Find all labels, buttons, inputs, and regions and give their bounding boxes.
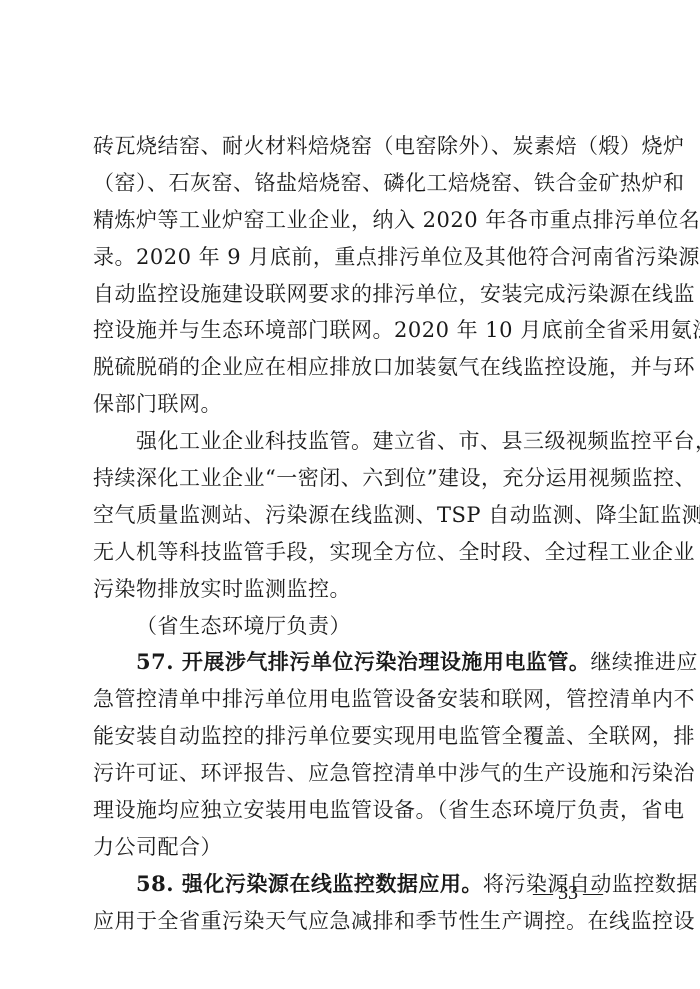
text-line: 力公司配合）	[93, 829, 611, 866]
text-line: 保部门联网。	[93, 386, 611, 423]
section-57-title: 57. 开展涉气排污单位污染治理设施用电监管。	[136, 649, 590, 674]
text-line: 脱硫脱硝的企业应在相应排放口加装氨气在线监控设施，并与环	[93, 349, 611, 386]
section-57-text: 继续推进应	[590, 650, 698, 674]
document-body: 砖瓦烧结窑、耐火材料焙烧窑（电窑除外）、炭素焙（煅）烧炉 （窑）、石灰窑、铬盐焙…	[93, 128, 611, 940]
text-line: 急管控清单中排污单位用电监管设备安装和联网，管控清单内不	[93, 681, 611, 718]
document-page: 砖瓦烧结窑、耐火材料焙烧窑（电窑除外）、炭素焙（煅）烧炉 （窑）、石灰窑、铬盐焙…	[0, 0, 700, 989]
text-line: 污许可证、环评报告、应急管控清单中涉气的生产设施和污染治	[93, 755, 611, 792]
text-line: 录。2020 年 9 月底前，重点排污单位及其他符合河南省污染源	[93, 239, 611, 276]
text-line: 能安装自动监控的排污单位要实现用电监管全覆盖、全联网，排	[93, 718, 611, 755]
text-line: （窑）、石灰窑、铬盐焙烧窑、磷化工焙烧窑、铁合金矿热炉和	[93, 165, 611, 202]
text-line: 污染物排放实时监测监控。	[93, 571, 611, 608]
text-line: 理设施均应独立安装用电监管设备。（省生态环境厅负责，省电	[93, 792, 611, 829]
section-58-title: 58. 强化污染源在线监控数据应用。	[136, 871, 483, 896]
text-line: 持续深化工业企业“一密闭、六到位”建设，充分运用视频监控、	[93, 460, 611, 497]
paragraph-first-line: 强化工业企业科技监管。建立省、市、县三级视频监控平台，	[93, 423, 611, 460]
section-57-heading-line: 57. 开展涉气排污单位污染治理设施用电监管。继续推进应	[93, 644, 611, 681]
text-line: 砖瓦烧结窑、耐火材料焙烧窑（电窑除外）、炭素焙（煅）烧炉	[93, 128, 611, 165]
text-line: 应用于全省重污染天气应急减排和季节性生产调控。在线监控设	[93, 903, 611, 940]
text-line: 精炼炉等工业炉窑工业企业，纳入 2020 年各市重点排污单位名	[93, 202, 611, 239]
text-line: 无人机等科技监管手段，实现全方位、全时段、全过程工业企业	[93, 534, 611, 571]
page-number: — 33 —	[528, 882, 608, 905]
responsibility-note: （省生态环境厅负责）	[93, 608, 611, 645]
text-line: 自动监控设施建设联网要求的排污单位，安装完成污染源在线监	[93, 276, 611, 313]
text-line: 空气质量监测站、污染源在线监测、TSP 自动监测、降尘缸监测、	[93, 497, 611, 534]
text-line: 控设施并与生态环境部门联网。2020 年 10 月底前全省采用氨法	[93, 312, 611, 349]
